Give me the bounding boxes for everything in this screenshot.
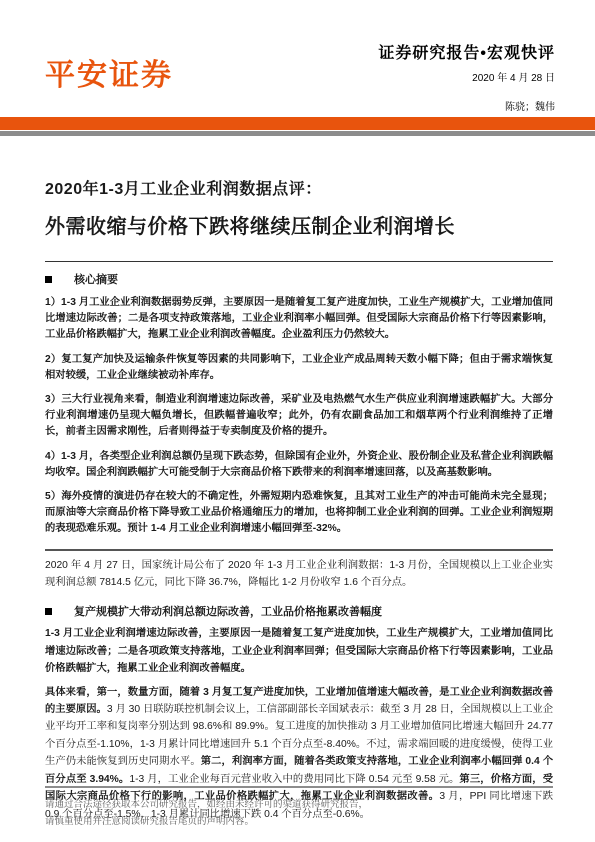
report-subtitle: 2020年1-3月工业企业利润数据点评：: [45, 176, 553, 199]
brand-orange-bar: [0, 117, 595, 130]
report-type-label: 证券研究报告•宏观快评: [378, 40, 555, 63]
summary-point-5: 5）海外疫情的演进仍存在较大的不确定性，外需短期内恐难恢复，且其对工业生产的冲击…: [45, 489, 553, 538]
core-summary-heading-label: 核心摘要: [74, 271, 118, 287]
report-date: 2020 年 4 月 28 日: [378, 69, 555, 84]
report-content: 2020年1-3月工业企业利润数据点评： 外需收缩与价格下跌将继续压制企业利润增…: [45, 176, 553, 823]
brand-shadow-bar: [0, 131, 595, 136]
summary-point-4: 4）1-3 月，各类型企业利润总额仍呈现下跌态势，但除国有企业外，外资企业、股份…: [45, 449, 553, 481]
section-heading-label: 复产规模扩大带动利润总额边际改善，工业品价格拖累改善幅度: [74, 603, 382, 619]
report-page: 平安证券 证券研究报告•宏观快评 2020 年 4 月 28 日 陈骁；魏伟 2…: [0, 0, 595, 842]
report-authors: 陈骁；魏伟: [378, 98, 555, 113]
summary-point-1: 1）1-3 月工业企业利润数据弱势反弹，主要原因一是随着复工复产进度加快，工业生…: [45, 295, 553, 344]
report-footer: 请通过合法途径获取本公司研究报告，如经由未经许可的渠道获得研究报告， 请慎重使用…: [45, 786, 553, 830]
intro-paragraph: 2020 年 4 月 27 日，国家统计局公布了 2020 年 1-3 月工业企…: [45, 557, 553, 592]
report-header: 平安证券 证券研究报告•宏观快评 2020 年 4 月 28 日 陈骁；魏伟: [45, 40, 555, 113]
pingan-securities-logo: 平安证券: [45, 50, 173, 94]
report-title: 外需收缩与价格下跌将继续压制企业利润增长: [45, 210, 553, 239]
analysis-paragraph-1: 1-3 月工业企业利润增速边际改善，主要原因一是随着复工复产进度加快，工业生产规…: [45, 625, 553, 677]
section-heading: 复产规模扩大带动利润总额边际改善，工业品价格拖累改善幅度: [45, 603, 553, 619]
header-meta: 证券研究报告•宏观快评 2020 年 4 月 28 日 陈骁；魏伟: [378, 40, 555, 113]
core-summary-heading: 核心摘要: [45, 271, 553, 287]
detail-normal-2: 1-3 月，工业企业每百元营业收入中的费用同比下降 0.54 元至 9.58 元…: [129, 774, 459, 785]
square-bullet-icon: [45, 608, 52, 615]
summary-point-3: 3）三大行业视角来看，制造业利润增速边际改善，采矿业及电热燃气水生产供应业利润增…: [45, 392, 553, 441]
footer-disclaimer-line-1: 请通过合法途径获取本公司研究报告，如经由未经许可的渠道获得研究报告，: [45, 796, 553, 813]
summary-point-2: 2）复工复产加快及运输条件恢复等因素的共同影响下，工业企业产成品周转天数小幅下降…: [45, 352, 553, 384]
square-bullet-icon: [45, 276, 52, 283]
footer-disclaimer-line-2: 请慎重使用并注意阅读研究报告尾页的声明内容。: [45, 813, 553, 830]
core-summary-box: 核心摘要 1）1-3 月工业企业利润数据弱势反弹，主要原因一是随着复工复产进度加…: [45, 261, 553, 551]
report-body: 2020 年 4 月 27 日，国家统计局公布了 2020 年 1-3 月工业企…: [45, 557, 553, 823]
